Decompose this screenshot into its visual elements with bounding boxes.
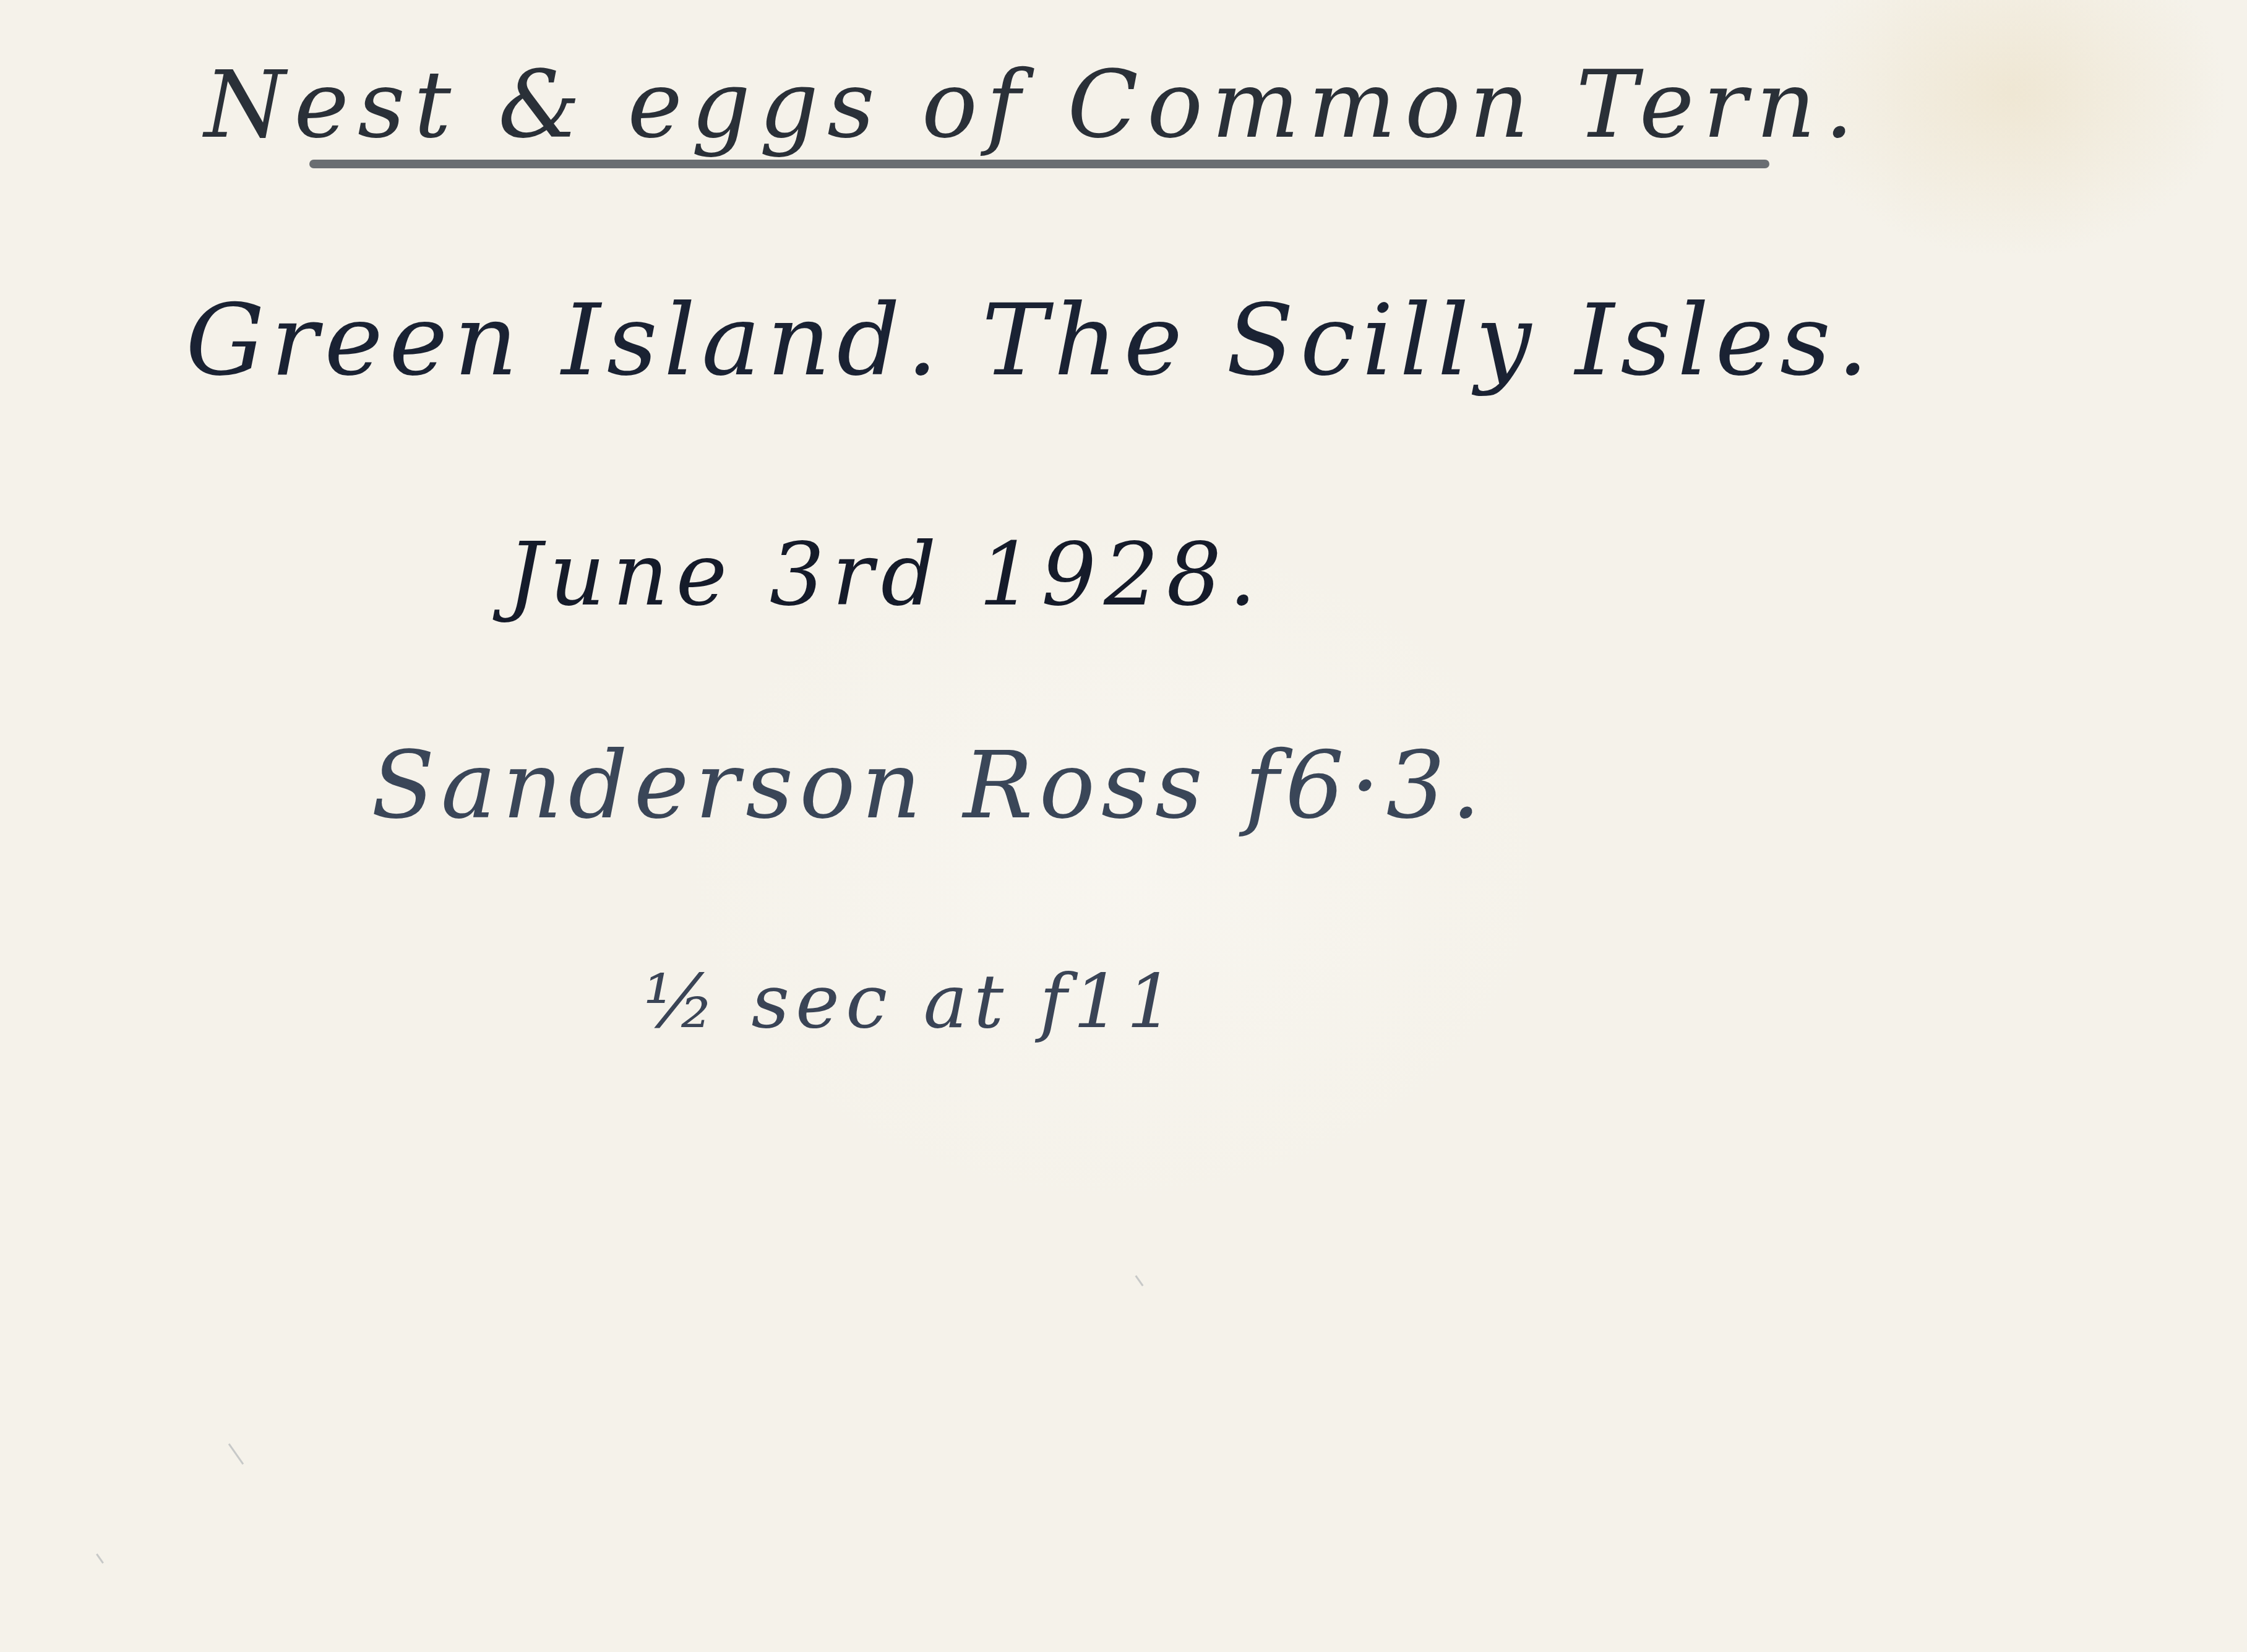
exposure-line: ½ sec at f11: [643, 965, 1180, 1039]
camera-lens-line: Sanderson Ross f6·3.: [371, 739, 1487, 832]
handwritten-card: Nest & eggs of Common Tern. Green Island…: [0, 0, 2247, 1652]
paper-fleck: [228, 1443, 244, 1465]
location-line: Green Island. The Scilly Isles.: [186, 291, 1875, 390]
title-underline: [309, 160, 1769, 168]
paper-fleck: [96, 1554, 104, 1564]
card-title: Nest & eggs of Common Tern.: [204, 59, 1862, 152]
paper-fleck: [1135, 1275, 1144, 1286]
date-line: June 3rd 1928.: [507, 532, 1264, 619]
